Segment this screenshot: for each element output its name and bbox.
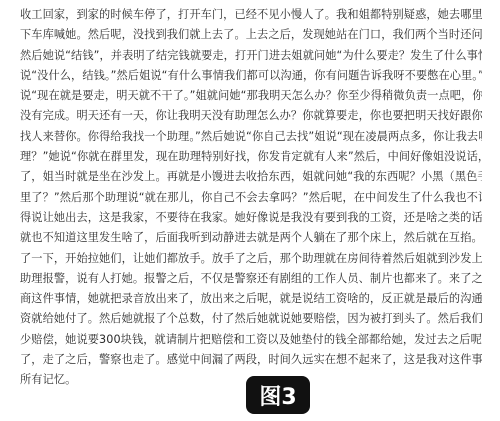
text-line: 了，走了之后，警察也走了。感觉中间漏了两段，时间久远实在想不起来了，这是我对这件… <box>20 350 482 370</box>
document-body: 收工回家，到家的时候车停了，打开车门，已经不见小慢人了。我和姐都特别疑惑，她去哪… <box>20 5 482 391</box>
text-line: 说“没什么，结钱。”然后姐说“有什么事情我们都可以沟通，你有问题告诉我呀不要憋在… <box>20 66 482 86</box>
text-line: 找人来替你。你得给我找一个助理。”然后她说“你自己去找”姐说“现在凌晨两点多，你… <box>20 127 482 147</box>
text-line: 助理报警，说有人打她。报警之后，不仅是警察还有剧组的工作人员、制片也都来了。来了… <box>20 269 482 289</box>
text-line: 得说让她出去，这是我家，不要待在我家。她好像说是我没有要到我的工资，还是啥之类的… <box>20 208 482 228</box>
figure-label-badge: 图3 <box>246 376 310 414</box>
text-line: 了，姐当时就是坐在沙发上。再就是小馒进去收拾东西，姐就问她“我的东西呢？小黑（黑… <box>20 167 482 187</box>
text-line: 没有完成。明天还有一天，你让我明天没有助理怎么办？你就算要走，你也要把明天找好跟… <box>20 106 482 126</box>
text-line: 说“现在就是要走，明天就不干了。”姐就问她“那我明天怎么办？你至少得稍微负责一点… <box>20 86 482 106</box>
text-line: 资就给她付了。然后她就报了个总数，付了然后她就说她要赔偿，因为被打到头了。然后我… <box>20 309 482 329</box>
text-line: 理？”她说“你就在群里发，现在助理特别好找，你发肯定就有人来”然后，中间好像姐没… <box>20 147 482 167</box>
text-line: 了一下，开始拉她们，让她们都放手。放手了之后，那个助理就在房间待着然后姐就到沙发… <box>20 249 482 269</box>
text-line: 然后她说“结钱”，并表明了结完钱就要走，打开门进去姐就问她“为什么要走？发生了什… <box>20 46 482 66</box>
text-line: 下车库喊她。然后呢，没找到我们就上去了。上去之后，发现她站在门口，我们两个当时还… <box>20 25 482 45</box>
text-line: 就也不知道这里发生啥了，后面我听到动静进去就是两个人躺在了那个床上，然后就在互掐… <box>20 228 482 248</box>
text-line: 里了？”然后那个助理说“就在那儿，你自己不会去拿吗？”然后呢，在中间发生了什么我… <box>20 188 482 208</box>
text-line: 少赔偿，她说要300块钱，就请制片把赔偿和工资以及她垫付的钱全部都给她，发过去之… <box>20 330 482 350</box>
text-line: 收工回家，到家的时候车停了，打开车门，已经不见小慢人了。我和姐都特别疑惑，她去哪… <box>20 5 482 25</box>
text-line: 商这件事情，她就把录音放出来了，放出来之后呢，就是说结工资啥的，反正就是最后的沟… <box>20 289 482 309</box>
